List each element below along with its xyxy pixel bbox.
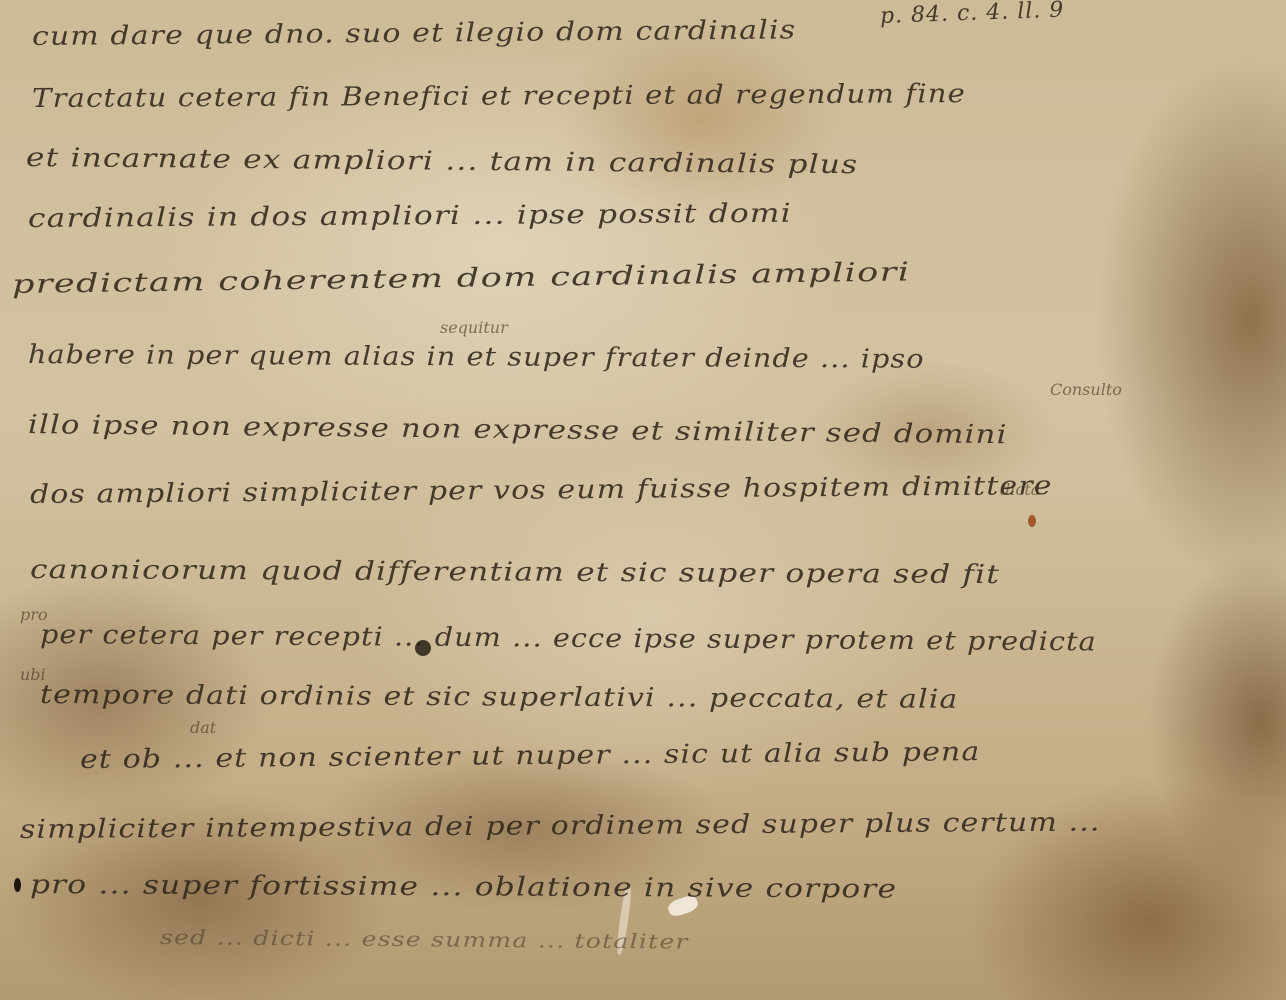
manuscript-line: sed ... dicti ... esse summa ... totalit… [160, 925, 689, 954]
rust-spot [1028, 515, 1036, 527]
interlinear-gloss: dicta [1000, 480, 1040, 499]
manuscript-line: canonicorum quod differentiam et sic sup… [30, 555, 1000, 590]
manuscript-line: cardinalis in dos ampliori ... ipse poss… [28, 199, 792, 234]
manuscript-line: pro ... super fortissime ... oblatione i… [30, 870, 897, 905]
interlinear-gloss: ubi [20, 665, 46, 684]
manuscript-line: habere in per quem alias in et super fra… [28, 340, 925, 375]
ink-speck [14, 878, 21, 892]
interlinear-gloss: sequitur [440, 318, 508, 337]
interlinear-gloss: Consulto [1050, 380, 1122, 399]
interlinear-gloss: dat [190, 718, 216, 737]
manuscript-line: tempore dati ordinis et sic superlativi … [40, 680, 959, 715]
manuscript-line: Tractatu cetera fin Benefici et recepti … [32, 79, 966, 114]
interlinear-gloss: pro [20, 605, 48, 624]
